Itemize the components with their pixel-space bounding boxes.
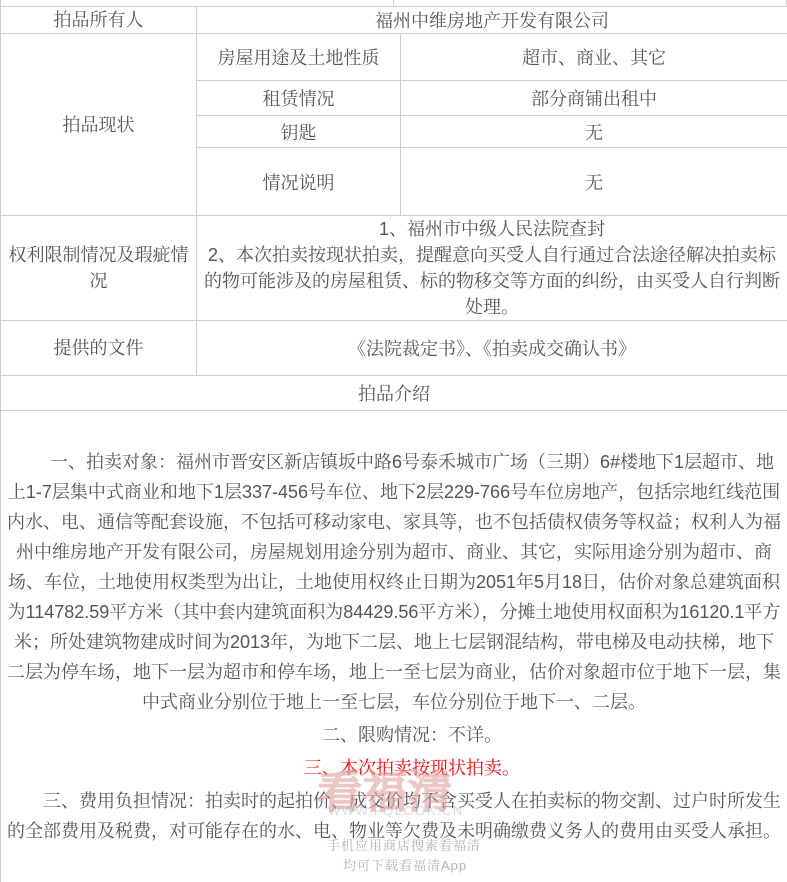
table-row: 拍品现状 房屋用途及土地性质 超市、商业、其它 xyxy=(1,34,787,81)
documents-value: 《法院裁定书》、《拍卖成交确认书》 xyxy=(197,321,787,376)
table-row: 拍品介绍 xyxy=(1,376,787,411)
restrictions-label: 权利限制情况及瑕疵情况 xyxy=(1,216,197,321)
table-row: 权利限制情况及瑕疵情况 1、福州市中级人民法院查封 2、本次拍卖按现状拍卖，提醒… xyxy=(1,216,787,321)
restrictions-value: 1、福州市中级人民法院查封 2、本次拍卖按现状拍卖，提醒意向买受人自行通过合法途… xyxy=(197,216,787,321)
partial-row-divider xyxy=(393,0,394,6)
documents-label: 提供的文件 xyxy=(1,321,197,376)
intro-paragraph-fees: 三、费用负担情况：拍卖时的起拍价、成交价均不含买受人在拍卖标的物交割、过户时所发… xyxy=(7,786,781,846)
status-row-value: 部分商铺出租中 xyxy=(401,81,787,116)
table-row: 拍品所有人 福州中维房地产开发有限公司 xyxy=(1,7,787,34)
status-row-label: 房屋用途及土地性质 xyxy=(197,34,401,81)
intro-paragraph-purchase-limit: 二、限购情况：不详。 xyxy=(7,720,781,750)
restrictions-line-2: 2、本次拍卖按现状拍卖，提醒意向买受人自行通过合法途径解决拍卖标的物可能涉及的房… xyxy=(203,242,781,320)
status-row-label: 租赁情况 xyxy=(197,81,401,116)
auction-detail-table: 拍品所有人 福州中维房地产开发有限公司 拍品现状 房屋用途及土地性质 超市、商业… xyxy=(0,6,787,882)
restrictions-line-1: 1、福州市中级人民法院查封 xyxy=(203,216,781,242)
status-row-value: 超市、商业、其它 xyxy=(401,34,787,81)
intro-paragraph-auction-object: 一、拍卖对象：福州市晋安区新店镇坂中路6号泰禾城市广场（三期）6#楼地下1层超市… xyxy=(7,447,781,717)
intro-content-cell: 一、拍卖对象：福州市晋安区新店镇坂中路6号泰禾城市广场（三期）6#楼地下1层超市… xyxy=(1,411,787,882)
intro-paragraph-as-is-notice: 三、本次拍卖按现状拍卖。 xyxy=(7,753,781,783)
status-group-label: 拍品现状 xyxy=(1,34,197,216)
owner-label: 拍品所有人 xyxy=(1,7,197,34)
table-row: 一、拍卖对象：福州市晋安区新店镇坂中路6号泰禾城市广场（三期）6#楼地下1层超市… xyxy=(1,411,787,882)
intro-section-header: 拍品介绍 xyxy=(1,376,787,411)
status-row-value: 无 xyxy=(401,116,787,148)
status-row-value: 无 xyxy=(401,148,787,216)
table-top-partial-row xyxy=(0,0,787,6)
owner-value: 福州中维房地产开发有限公司 xyxy=(197,7,787,34)
status-row-label: 钥匙 xyxy=(197,116,401,148)
table-row: 提供的文件 《法院裁定书》、《拍卖成交确认书》 xyxy=(1,321,787,376)
status-row-label: 情况说明 xyxy=(197,148,401,216)
auction-detail-page: 拍品所有人 福州中维房地产开发有限公司 拍品现状 房屋用途及土地性质 超市、商业… xyxy=(0,0,787,882)
